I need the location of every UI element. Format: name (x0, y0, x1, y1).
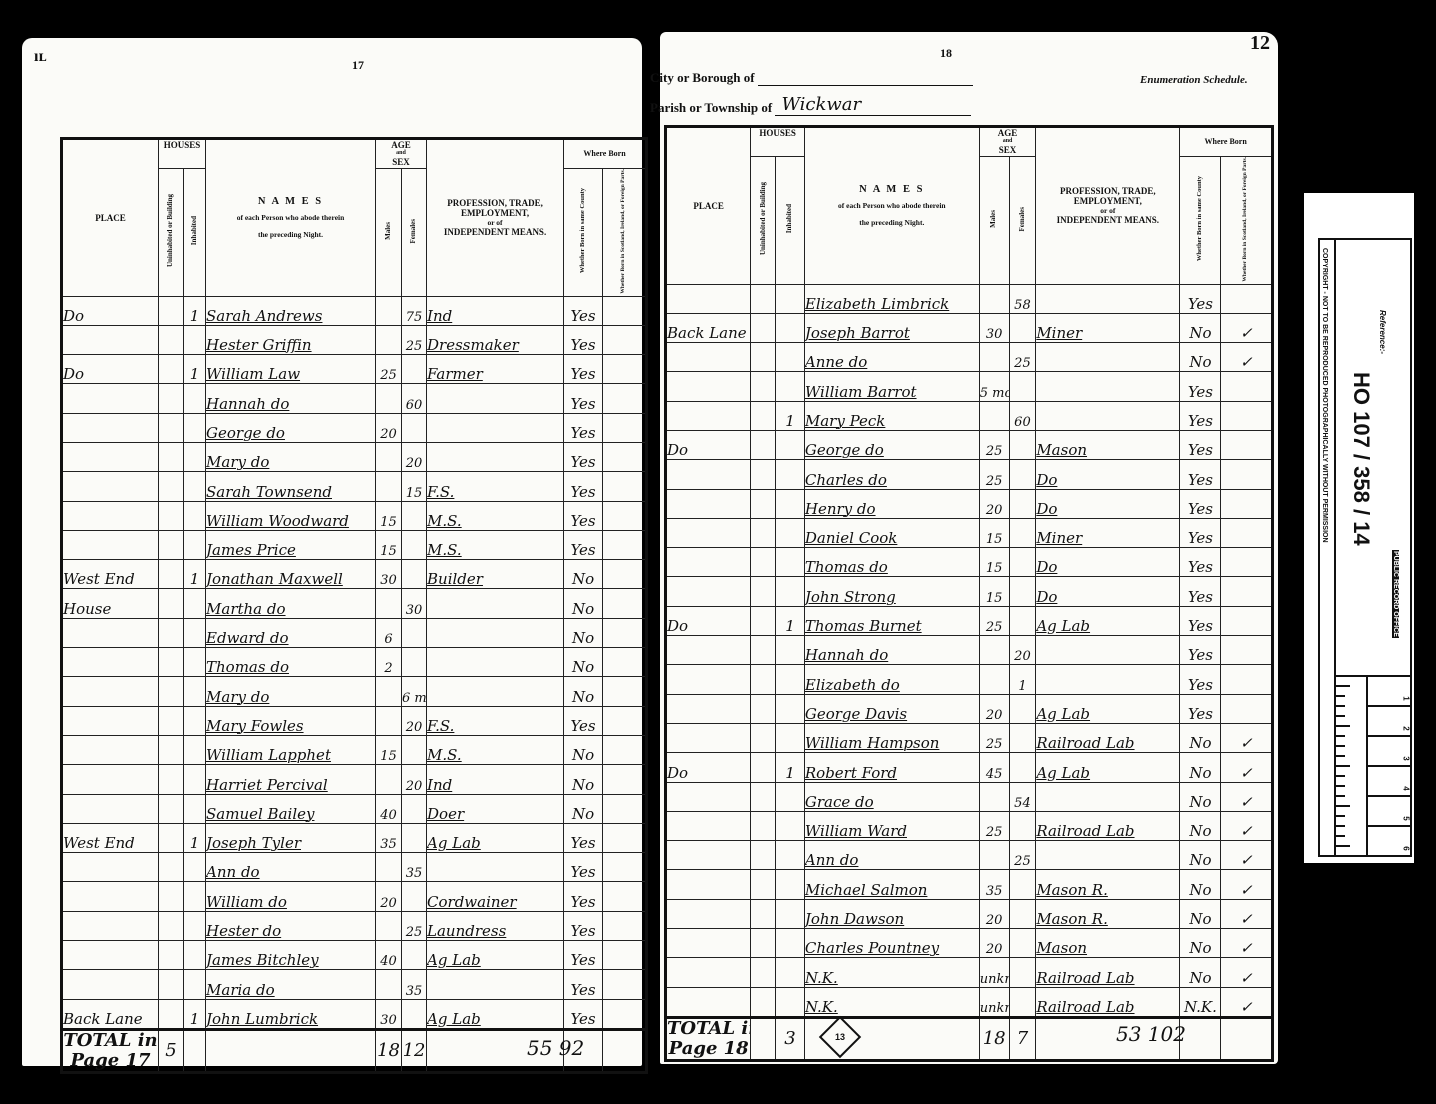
place-cell: House (62, 589, 159, 618)
col-header-age-sex: AGE and SEX (979, 127, 1036, 157)
born-same-county: No (564, 648, 603, 677)
born-elsewhere-check (603, 530, 647, 559)
census-row: Thomas do15DoYes (666, 548, 1273, 577)
uninhabited-cell (751, 782, 776, 811)
person-name: William Barrot (804, 372, 979, 401)
col-header-born-county: Whether Born in same County (564, 168, 603, 296)
female-age (1009, 518, 1036, 547)
census-row: West End1Joseph Tyler35Ag LabYes (62, 823, 647, 852)
inhabited-cell (776, 899, 805, 928)
born-elsewhere-check (603, 472, 647, 501)
male-age: 40 (376, 941, 402, 970)
born-same-county: Yes (564, 296, 603, 325)
born-same-county: Yes (564, 413, 603, 442)
place-cell (62, 941, 159, 970)
born-elsewhere-check (603, 999, 647, 1029)
born-elsewhere-check (1221, 636, 1273, 665)
born-same-county: Yes (564, 325, 603, 354)
female-age (1009, 870, 1036, 899)
census-row: Mary Fowles20F.S.Yes (62, 706, 647, 735)
place-cell (666, 811, 751, 840)
place-cell (62, 882, 159, 911)
person-name: Daniel Cook (804, 518, 979, 547)
uninhabited-cell (159, 325, 184, 354)
male-age: 20 (376, 882, 402, 911)
person-name: Michael Salmon (804, 870, 979, 899)
person-name: Thomas do (804, 548, 979, 577)
occupation (1036, 372, 1180, 401)
occupation: Ind (427, 765, 564, 794)
born-same-county: Yes (1180, 606, 1221, 635)
female-age (402, 823, 427, 852)
person-name: Thomas do (206, 648, 376, 677)
place-cell (666, 870, 751, 899)
uninhabited-cell (159, 384, 184, 413)
female-age: 35 (402, 970, 427, 999)
census-rows-left: Do1Sarah Andrews75IndYesHester Griffin25… (62, 296, 647, 1029)
born-elsewhere-check: ✓ (1221, 987, 1273, 1017)
col-header-females: Females (1009, 156, 1036, 284)
occupation (427, 970, 564, 999)
occupation: Ind (427, 296, 564, 325)
inhabited-cell (184, 941, 206, 970)
inhabited-cell: 1 (184, 296, 206, 325)
place-cell (62, 794, 159, 823)
total-houses: 5 (159, 1029, 184, 1072)
col-header-place: PLACE (666, 127, 751, 285)
uninhabited-cell (159, 560, 184, 589)
female-age: 35 (402, 853, 427, 882)
male-age (376, 296, 402, 325)
person-name: William Woodward (206, 501, 376, 530)
born-same-county: No (1180, 313, 1221, 342)
person-name: George Davis (804, 694, 979, 723)
census-row: Elizabeth do1Yes (666, 665, 1273, 694)
person-name: Martha do (206, 589, 376, 618)
uninhabited-cell (751, 401, 776, 430)
inhabited-cell (776, 343, 805, 372)
male-age: 45 (979, 753, 1009, 782)
occupation: Railroad Lab (1036, 723, 1180, 752)
inhabited-cell (776, 841, 805, 870)
scale-tick (1336, 805, 1350, 807)
corner-mark: ıʟ (34, 48, 47, 66)
uninhabited-cell (159, 911, 184, 940)
uninhabited-cell (751, 665, 776, 694)
place-cell (62, 765, 159, 794)
born-elsewhere-check (603, 735, 647, 764)
female-age (1009, 723, 1036, 752)
born-elsewhere-check (1221, 694, 1273, 723)
place-cell: Do (666, 430, 751, 459)
inhabited-cell (184, 472, 206, 501)
female-age: 58 (1009, 284, 1036, 313)
male-age (376, 384, 402, 413)
census-row: William Lapphet15M.S.No (62, 735, 647, 764)
uninhabited-cell (751, 723, 776, 752)
place-cell (666, 372, 751, 401)
person-name: John Lumbrick (206, 999, 376, 1029)
female-age (402, 530, 427, 559)
uninhabited-cell (751, 870, 776, 899)
occupation: Laundress (427, 911, 564, 940)
county-line: City or Borough of (650, 70, 973, 86)
female-age: 20 (402, 706, 427, 735)
census-row: Do1Robert Ford45Ag LabNo✓ (666, 753, 1273, 782)
person-name: Sarah Andrews (206, 296, 376, 325)
male-age (376, 589, 402, 618)
col-header-where-born: Where Born (564, 139, 647, 169)
scale-tick (1336, 795, 1345, 797)
male-age (376, 911, 402, 940)
occupation (427, 384, 564, 413)
born-same-county: Yes (1180, 460, 1221, 489)
inhabited-cell (776, 372, 805, 401)
male-age (376, 677, 402, 706)
person-name: George do (206, 413, 376, 442)
census-row: Grace do54No✓ (666, 782, 1273, 811)
born-elsewhere-check: ✓ (1221, 929, 1273, 958)
born-elsewhere-check (603, 413, 647, 442)
female-age: 20 (1009, 636, 1036, 665)
person-name: William Lapphet (206, 735, 376, 764)
occupation: Ag Lab (1036, 694, 1180, 723)
uninhabited-cell (751, 548, 776, 577)
person-name: Mary do (206, 677, 376, 706)
total-males: 18 (979, 1017, 1009, 1060)
schedule-label: Enumeration Schedule. (1140, 74, 1248, 86)
male-age (979, 665, 1009, 694)
occupation (427, 648, 564, 677)
scale-tick (1336, 765, 1350, 767)
place-cell (62, 677, 159, 706)
uninhabited-cell (159, 735, 184, 764)
total-label: TOTAL inPage 17 (62, 1029, 159, 1072)
col-header-males: Males (376, 168, 402, 296)
male-age: 30 (979, 313, 1009, 342)
inhabited-cell (184, 970, 206, 999)
female-age (1009, 313, 1036, 342)
occupation: Do (1036, 489, 1180, 518)
uninhabited-cell (751, 577, 776, 606)
female-age (1009, 753, 1036, 782)
inhabited-cell (184, 677, 206, 706)
inhabited-cell (776, 665, 805, 694)
occupation: Cordwainer (427, 882, 564, 911)
total-label: TOTAL inPage 18 (666, 1017, 751, 1060)
total-females: 7 (1009, 1017, 1036, 1060)
female-age: 30 (402, 589, 427, 618)
place-cell: Back Lane (666, 313, 751, 342)
inhabited-cell (776, 723, 805, 752)
reference-frame: COPYRIGHT - NOT TO BE REPRODUCED PHOTOGR… (1318, 238, 1412, 857)
occupation: Ag Lab (427, 941, 564, 970)
born-same-county: Yes (564, 530, 603, 559)
inhabited-cell: 1 (184, 823, 206, 852)
female-age (402, 560, 427, 589)
inhabited-cell (184, 501, 206, 530)
uninhabited-cell (751, 899, 776, 928)
census-row: William do20CordwainerYes (62, 882, 647, 911)
inhabited-cell: 1 (776, 606, 805, 635)
occupation (1036, 284, 1180, 313)
female-age (402, 794, 427, 823)
born-elsewhere-check (603, 618, 647, 647)
male-age: 35 (979, 870, 1009, 899)
scale-cm-box: 6 (1366, 827, 1410, 857)
place-cell (666, 694, 751, 723)
place-cell (62, 618, 159, 647)
occupation: Do (1036, 460, 1180, 489)
census-row: Hester Griffin25DressmakerYes (62, 325, 647, 354)
person-name: Ann do (206, 853, 376, 882)
uninhabited-cell (159, 765, 184, 794)
place-cell: West End (62, 560, 159, 589)
born-same-county: Yes (1180, 372, 1221, 401)
col-header-uninhabited: Uninhabited or Building (159, 168, 184, 296)
born-same-county: Yes (564, 999, 603, 1029)
male-age: 2 (376, 648, 402, 677)
born-elsewhere-check (603, 501, 647, 530)
uninhabited-cell (159, 823, 184, 852)
place-cell (62, 735, 159, 764)
person-name: Joseph Barrot (804, 313, 979, 342)
uninhabited-cell (159, 970, 184, 999)
born-elsewhere-check: ✓ (1221, 753, 1273, 782)
person-name: Samuel Bailey (206, 794, 376, 823)
female-age (402, 882, 427, 911)
person-name: Harriet Percival (206, 765, 376, 794)
born-elsewhere-check (603, 765, 647, 794)
uninhabited-cell (751, 460, 776, 489)
place-cell: Do (666, 753, 751, 782)
male-age: 15 (979, 518, 1009, 547)
census-row: Hannah do20Yes (666, 636, 1273, 665)
total-males: 18 (376, 1029, 402, 1072)
scale-cm-box: 1 (1366, 677, 1410, 707)
inhabited-cell (776, 811, 805, 840)
census-row: John Dawson20Mason R.No✓ (666, 899, 1273, 928)
inhabited-cell (776, 577, 805, 606)
born-same-county: No (564, 794, 603, 823)
place-cell: Do (666, 606, 751, 635)
born-elsewhere-check (603, 677, 647, 706)
scale-number: 2 (1401, 726, 1410, 730)
occupation (427, 677, 564, 706)
census-row: James Price15M.S.Yes (62, 530, 647, 559)
place-cell (666, 343, 751, 372)
occupation (1036, 401, 1180, 430)
person-name: Mary do (206, 442, 376, 471)
person-name: Charles Pountney (804, 929, 979, 958)
col-header-names: N A M E S of each Person who abode there… (206, 139, 376, 297)
scale-cm-box: 4 (1366, 767, 1410, 797)
inhabited-cell (184, 706, 206, 735)
census-row: Sarah Townsend15F.S.Yes (62, 472, 647, 501)
inhabited-cell (184, 618, 206, 647)
person-name: Hannah do (804, 636, 979, 665)
inhabited-cell (184, 325, 206, 354)
born-same-county: Yes (1180, 489, 1221, 518)
occupation: Farmer (427, 355, 564, 384)
occupation (427, 618, 564, 647)
male-age: 20 (979, 929, 1009, 958)
occupation: Ag Lab (1036, 753, 1180, 782)
occupation (427, 589, 564, 618)
born-same-county: Yes (564, 384, 603, 413)
uninhabited-cell (159, 501, 184, 530)
col-header-females: Females (402, 168, 427, 296)
person-name: James Price (206, 530, 376, 559)
person-name: John Strong (804, 577, 979, 606)
place-cell (666, 401, 751, 430)
scale-number: 5 (1401, 816, 1410, 820)
col-header-place: PLACE (62, 139, 159, 297)
census-row: Elizabeth Limbrick58Yes (666, 284, 1273, 313)
person-name: George do (804, 430, 979, 459)
total-females: 12 (402, 1029, 427, 1072)
occupation (1036, 636, 1180, 665)
page-number: 18 (940, 46, 952, 61)
born-same-county: Yes (564, 442, 603, 471)
born-same-county: Yes (1180, 401, 1221, 430)
born-elsewhere-check (603, 911, 647, 940)
census-row: Do1William Law25FarmerYes (62, 355, 647, 384)
census-row: Do1Sarah Andrews75IndYes (62, 296, 647, 325)
female-age (1009, 811, 1036, 840)
scale-tick (1336, 825, 1345, 827)
uninhabited-cell (751, 811, 776, 840)
male-age: 25 (979, 430, 1009, 459)
scale-number: 3 (1401, 756, 1410, 760)
female-age (402, 648, 427, 677)
inhabited-cell (184, 442, 206, 471)
born-same-county: No (564, 677, 603, 706)
born-elsewhere-check (603, 560, 647, 589)
reference-number: HO 107 / 358 / 14 (1348, 372, 1374, 546)
person-name: John Dawson (804, 899, 979, 928)
inhabited-cell (184, 882, 206, 911)
place-cell (62, 970, 159, 999)
inhabited-cell (184, 589, 206, 618)
col-header-uninhabited: Uninhabited or Building (751, 156, 776, 284)
male-age (979, 841, 1009, 870)
place-cell (62, 325, 159, 354)
place-cell (666, 489, 751, 518)
census-row: Daniel Cook15MinerYes (666, 518, 1273, 547)
born-same-county: Yes (564, 706, 603, 735)
census-row: Mary do6 monthsNo (62, 677, 647, 706)
occupation (1036, 343, 1180, 372)
person-name: Jonathan Maxwell (206, 560, 376, 589)
place-cell (666, 548, 751, 577)
occupation (1036, 665, 1180, 694)
male-age: 25 (979, 606, 1009, 635)
male-age: 35 (376, 823, 402, 852)
female-age (402, 735, 427, 764)
occupation: M.S. (427, 530, 564, 559)
census-row: William Hampson25Railroad LabNo✓ (666, 723, 1273, 752)
person-name: Elizabeth do (804, 665, 979, 694)
born-elsewhere-check (1221, 401, 1273, 430)
place-cell (62, 911, 159, 940)
born-same-county: Yes (564, 970, 603, 999)
uninhabited-cell (159, 999, 184, 1029)
male-age: 15 (376, 735, 402, 764)
occupation: M.S. (427, 735, 564, 764)
left-census-page: ıʟ 17 PLACE HOUSES N A M E S of each Per… (22, 38, 642, 1066)
occupation: Builder (427, 560, 564, 589)
female-age: 25 (402, 325, 427, 354)
person-name: William Hampson (804, 723, 979, 752)
born-same-county: No (564, 589, 603, 618)
scale-tick (1336, 725, 1350, 727)
born-same-county: No (564, 560, 603, 589)
uninhabited-cell (751, 313, 776, 342)
inhabited-cell (776, 987, 805, 1017)
census-row: Ann do25No✓ (666, 841, 1273, 870)
person-name: Mary Peck (804, 401, 979, 430)
inhabited-cell (184, 794, 206, 823)
place-cell (62, 413, 159, 442)
inhabited-cell (776, 313, 805, 342)
female-age (1009, 460, 1036, 489)
male-age: 20 (376, 413, 402, 442)
born-elsewhere-check (1221, 665, 1273, 694)
occupation: Railroad Lab (1036, 811, 1180, 840)
born-elsewhere-check (1221, 518, 1273, 547)
female-age: 15 (402, 472, 427, 501)
inhabited-cell (184, 413, 206, 442)
female-age: 25 (1009, 343, 1036, 372)
female-age: 25 (402, 911, 427, 940)
female-age: 1 (1009, 665, 1036, 694)
place-cell: West End (62, 823, 159, 852)
scale-cm-box: 3 (1366, 737, 1410, 767)
born-same-county: Yes (1180, 430, 1221, 459)
male-age (979, 343, 1009, 372)
place-cell (666, 723, 751, 752)
scale-tick (1336, 845, 1350, 847)
uninhabited-cell (751, 372, 776, 401)
female-age (402, 999, 427, 1029)
occupation: Do (1036, 548, 1180, 577)
scale-cm-box: 2 (1366, 707, 1410, 737)
uninhabited-cell (159, 355, 184, 384)
born-elsewhere-check: ✓ (1221, 899, 1273, 928)
born-same-county: Yes (1180, 518, 1221, 547)
person-name: Anne do (804, 343, 979, 372)
occupation: Railroad Lab (1036, 958, 1180, 987)
census-table-left: PLACE HOUSES N A M E S of each Person wh… (60, 137, 648, 1074)
occupation (427, 442, 564, 471)
born-elsewhere-check (603, 941, 647, 970)
born-same-county: Yes (1180, 577, 1221, 606)
born-elsewhere-check (603, 442, 647, 471)
place-cell (666, 841, 751, 870)
person-name: Robert Ford (804, 753, 979, 782)
place-cell (62, 472, 159, 501)
census-row: HouseMartha do30No (62, 589, 647, 618)
occupation: Dressmaker (427, 325, 564, 354)
col-header-names: N A M E S of each Person who abode there… (804, 127, 979, 285)
census-row: N.K.unknown 20Railroad LabNo✓ (666, 958, 1273, 987)
scale-tick (1336, 815, 1345, 817)
census-row: William Ward25Railroad LabNo✓ (666, 811, 1273, 840)
born-same-county: Yes (564, 941, 603, 970)
place-cell (62, 648, 159, 677)
page-number: 17 (352, 58, 364, 73)
